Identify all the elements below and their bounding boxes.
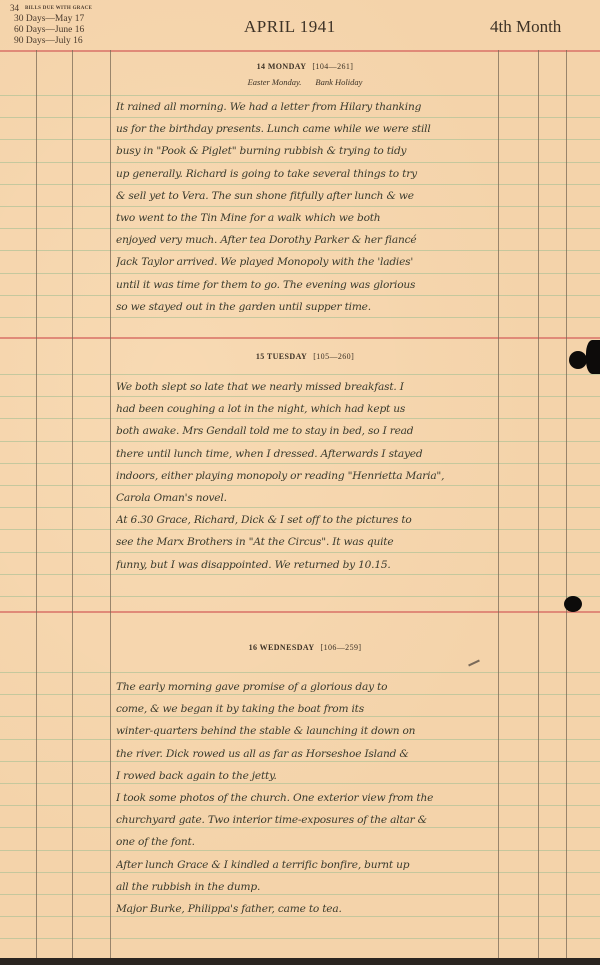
entry-line: until it was time for them to go. The ev… — [116, 274, 498, 296]
day-title: 14 MONDAY — [257, 62, 307, 71]
entry-line: At 6.30 Grace, Richard, Dick & I set off… — [116, 509, 498, 531]
punch-hole — [564, 596, 582, 612]
entry-line: us for the birthday presents. Lunch came… — [116, 118, 498, 140]
day-notes: Easter Monday.Bank Holiday — [110, 77, 500, 87]
entry-line: Major Burke, Philippa's father, came to … — [116, 898, 498, 920]
entry-line: up generally. Richard is going to take s… — [116, 163, 498, 185]
entry-line: We both slept so late that we nearly mis… — [116, 376, 498, 398]
entry-line: winter-quarters behind the stable & laun… — [116, 720, 498, 742]
entry-line: come, & we began it by taking the boat f… — [116, 698, 498, 720]
ruled-line — [0, 938, 600, 939]
entry-line: one of the font. — [116, 831, 498, 853]
column-rule — [498, 50, 499, 965]
entry-line: I rowed back again to the jetty. — [116, 765, 498, 787]
red-rule — [0, 50, 600, 52]
entry-line: both awake. Mrs Gendall told me to stay … — [116, 420, 498, 442]
pencil-tick-mark — [468, 660, 480, 667]
day-range: [104—261] — [312, 62, 353, 71]
month-title: APRIL 1941 — [244, 17, 336, 37]
entry-line: Jack Taylor arrived. We played Monopoly … — [116, 251, 498, 273]
entry-line: enjoyed very much. After tea Dorothy Par… — [116, 229, 498, 251]
bills-row: 30 Days—May 17 — [10, 14, 92, 25]
entry-line: see the Marx Brothers in "At the Circus"… — [116, 531, 498, 553]
ruled-line — [0, 672, 600, 673]
entry-line: After lunch Grace & I kindled a terrific… — [116, 854, 498, 876]
bills-row: 60 Days—June 16 — [10, 25, 92, 36]
page-number: 34 — [10, 3, 19, 13]
entry-line: two went to the Tin Mine for a walk whic… — [116, 207, 498, 229]
day-heading-tuesday: 15 TUESDAY[105—260] — [110, 352, 500, 361]
entry-line: & sell yet to Vera. The sun shone fitful… — [116, 185, 498, 207]
column-rule — [566, 50, 567, 965]
ruled-line — [0, 596, 600, 597]
entry-line: It rained all morning. We had a letter f… — [116, 96, 498, 118]
red-rule — [0, 337, 600, 339]
entry-line: The early morning gave promise of a glor… — [116, 676, 498, 698]
entry-line: had been coughing a lot in the night, wh… — [116, 398, 498, 420]
column-rule — [72, 50, 73, 965]
day-heading-monday: 14 MONDAY[104—261] — [110, 62, 500, 71]
page-edge — [0, 958, 600, 965]
diary-entry-wednesday: The early morning gave promise of a glor… — [116, 676, 498, 920]
holiday-note: Easter Monday. — [248, 77, 302, 87]
diary-entry-monday: It rained all morning. We had a letter f… — [116, 96, 498, 318]
punch-hole — [586, 340, 600, 374]
day-heading-wednesday: 16 WEDNESDAY[106—259] — [110, 643, 500, 652]
entry-line: all the rubbish in the dump. — [116, 876, 498, 898]
entry-line: funny, but I was disappointed. We return… — [116, 554, 498, 576]
entry-line: I took some photos of the church. One ex… — [116, 787, 498, 809]
entry-line: so we stayed out in the garden until sup… — [116, 296, 498, 318]
bills-title: BILLS DUE WITH GRACE — [25, 6, 92, 11]
punch-hole — [569, 351, 587, 369]
day-title: 16 WEDNESDAY — [249, 643, 315, 652]
bills-row: 90 Days—July 16 — [10, 36, 92, 47]
day-title: 15 TUESDAY — [256, 352, 307, 361]
entry-line: indoors, either playing monopoly or read… — [116, 465, 498, 487]
entry-line: Carola Oman's novel. — [116, 487, 498, 509]
bills-due-box: 34BILLS DUE WITH GRACE 30 Days—May 17 60… — [10, 3, 92, 47]
entry-line: busy in "Pook & Piglet" burning rubbish … — [116, 140, 498, 162]
ruled-line — [0, 374, 600, 375]
diary-entry-tuesday: We both slept so late that we nearly mis… — [116, 376, 498, 576]
column-rule — [538, 50, 539, 965]
holiday-note: Bank Holiday — [315, 77, 362, 87]
month-number: 4th Month — [490, 17, 561, 37]
day-range: [105—260] — [313, 352, 354, 361]
entry-line: there until lunch time, when I dressed. … — [116, 443, 498, 465]
entry-line: the river. Dick rowed us all as far as H… — [116, 743, 498, 765]
entry-line: churchyard gate. Two interior time-expos… — [116, 809, 498, 831]
red-rule — [0, 611, 600, 613]
day-range: [106—259] — [321, 643, 362, 652]
column-rule — [36, 50, 37, 965]
diary-page: 34BILLS DUE WITH GRACE 30 Days—May 17 60… — [0, 0, 600, 965]
column-rule — [110, 50, 111, 965]
